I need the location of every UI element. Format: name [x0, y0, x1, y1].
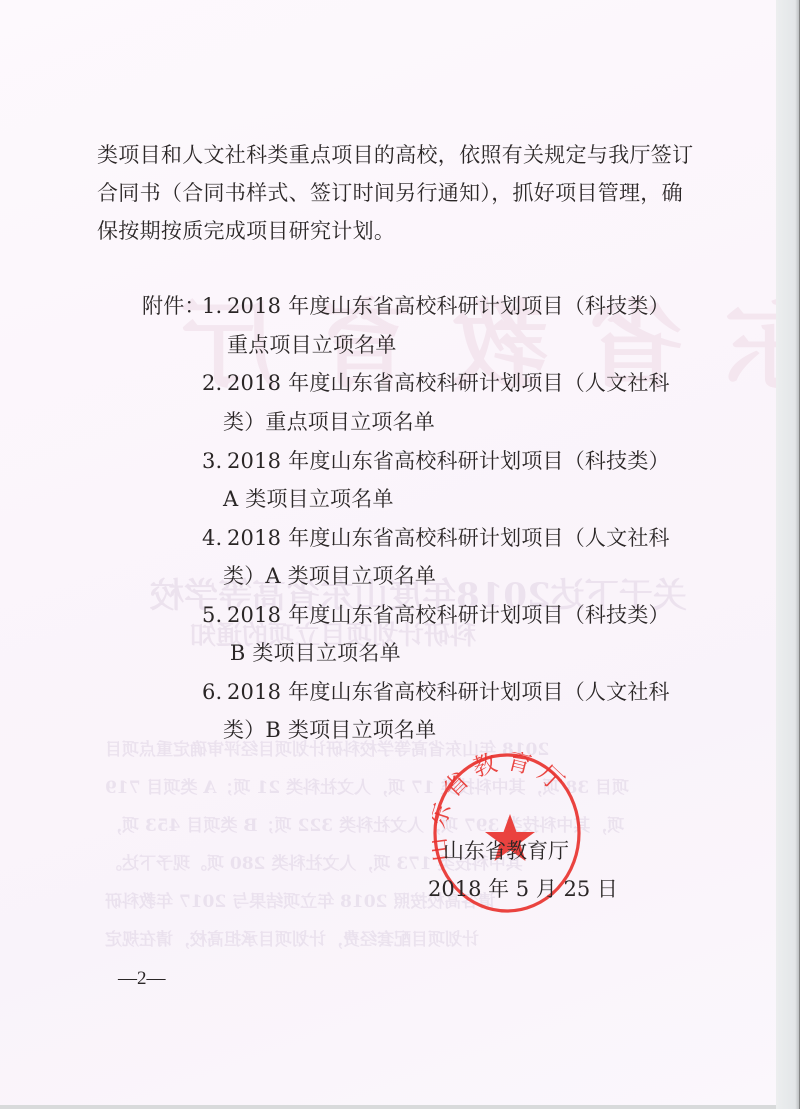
issuer-signature: 山东省教育厅: [443, 839, 569, 863]
body-text-line: 类项目和人文社科类重点项目的高校，依照有关规定与我厅签订: [97, 143, 693, 167]
attachment-title-line2: A 类项目立项名单: [223, 487, 394, 511]
attachment-title-line2: B 类项目立项名单: [223, 641, 401, 665]
attachment-title-line1: 2018 年度山东省高校科研计划项目（科技类）: [227, 449, 670, 473]
attachment-number: 1.: [202, 294, 222, 318]
attachment-title-line2: 类）重点项目立项名单: [223, 410, 435, 434]
issue-date: 2018 年 5 月 25 日: [428, 877, 618, 901]
attachment-number: 5.: [202, 603, 222, 627]
body-text-line: 合同书（合同书样式、签订时间另行通知），抓好项目管理，确: [97, 181, 683, 205]
scan-edge: [0, 1105, 776, 1109]
attachment-title-line1: 2018 年度山东省高校科研计划项目（人文社科: [227, 371, 670, 395]
attachment-title-line1: 2018 年度山东省高校科研计划项目（人文社科: [227, 526, 670, 550]
attachment-title-line1: 2018 年度山东省高校科研计划项目（科技类）: [227, 294, 670, 318]
attachment-title-line1: 2018 年度山东省高校科研计划项目（科技类）: [227, 603, 670, 627]
attachment-title-line1: 2018 年度山东省高校科研计划项目（人文社科: [227, 680, 670, 704]
document-page: 山东省教育厅 关于下达2018年度山东省高等学校 科研计划项目立项的通知 201…: [0, 0, 776, 1105]
page-number: —2—: [118, 968, 166, 990]
attachments-label: 附件：: [142, 294, 206, 318]
attachment-number: 4.: [202, 526, 222, 550]
attachment-number: 3.: [202, 449, 222, 473]
attachment-number: 6.: [202, 680, 222, 704]
body-text-line: 保按期按质完成项目研究计划。: [97, 219, 395, 243]
scan-edge: [776, 0, 800, 1109]
attachment-title-line2: 重点项目立项名单: [227, 333, 397, 357]
attachment-title-line2: 类）A 类项目立项名单: [223, 564, 436, 588]
bleed-through-ghost: 计划项目配套经费，计划项目承担高校，请在规定: [105, 925, 479, 950]
attachment-number: 2.: [202, 371, 222, 395]
attachment-title-line2: 类）B 类项目立项名单: [223, 718, 436, 742]
